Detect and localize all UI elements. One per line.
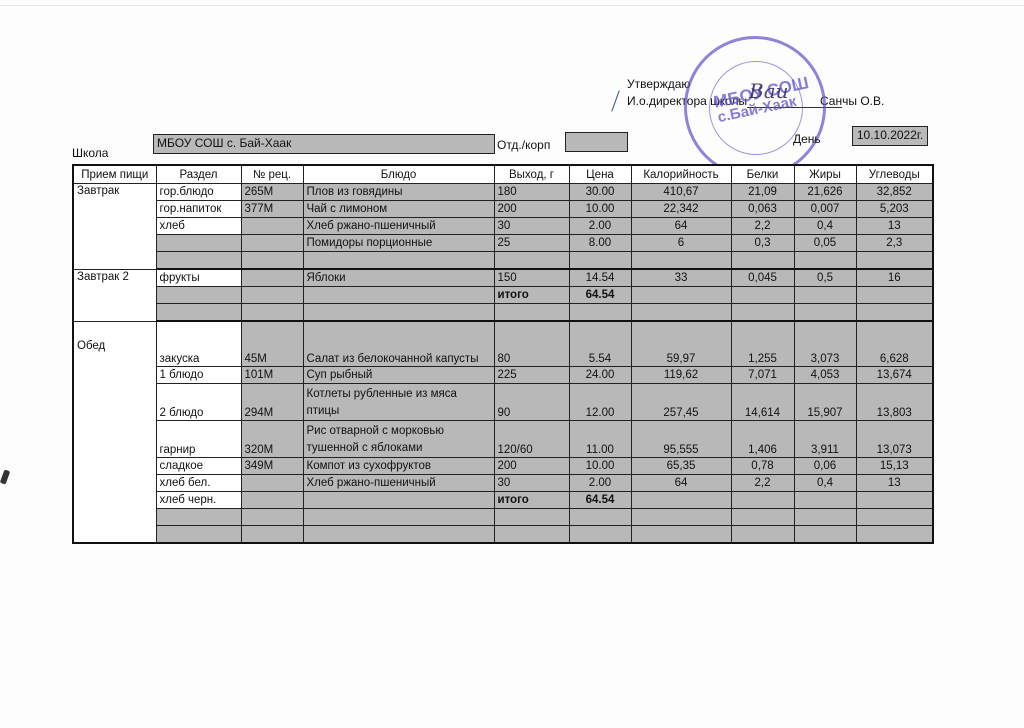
col-header-carbs: Углеводы: [856, 165, 933, 184]
yield-cell: 180: [494, 184, 569, 201]
protein-cell: 0,78: [731, 458, 794, 475]
kcal-cell: 257,45: [631, 384, 731, 421]
section-cell: [156, 526, 241, 544]
table-row: Завтракгор.блюдо265МПлов из говядины1803…: [73, 184, 933, 201]
col-header-fat: Жиры: [794, 165, 856, 184]
recipe-cell: [241, 269, 303, 287]
menu-table-body: Завтракгор.блюдо265МПлов из говядины1803…: [73, 184, 933, 544]
table-row: [73, 252, 933, 270]
section-cell: хлеб бел.: [156, 475, 241, 492]
carbs-cell: 2,3: [856, 235, 933, 252]
dish-cell: Яблоки: [303, 269, 494, 287]
carbs-cell: 16: [856, 269, 933, 287]
yield-cell: [494, 526, 569, 544]
dish-cell: [303, 304, 494, 322]
dish-cell: Салат из белокочанной капусты: [303, 321, 494, 367]
table-row: [73, 304, 933, 322]
fat-cell: 0,4: [794, 218, 856, 235]
yield-cell: итого: [494, 287, 569, 304]
price-cell: 12.00: [569, 384, 631, 421]
table-row: сладкое349МКомпот из сухофруктов20010.00…: [73, 458, 933, 475]
dish-cell: Хлеб ржано-пшеничный: [303, 475, 494, 492]
pen-stroke: [611, 90, 619, 111]
approval-block: Утверждаю И.о.директора школы Санчы О.В.: [627, 76, 747, 110]
price-cell: 24.00: [569, 367, 631, 384]
price-cell: 64.54: [569, 492, 631, 509]
protein-cell: [731, 252, 794, 270]
price-cell: 10.00: [569, 201, 631, 218]
recipe-cell: [241, 287, 303, 304]
table-row: Помидоры порционные258.0060,30,052,3: [73, 235, 933, 252]
kcal-cell: 95,555: [631, 421, 731, 458]
dish-cell: Плов из говядины: [303, 184, 494, 201]
yield-cell: итого: [494, 492, 569, 509]
dept-field[interactable]: [565, 132, 628, 152]
page-edge: [0, 5, 1024, 6]
fat-cell: 0,5: [794, 269, 856, 287]
col-header-price: Цена: [569, 165, 631, 184]
carbs-cell: [856, 492, 933, 509]
section-cell: хлеб черн.: [156, 492, 241, 509]
recipe-cell: [241, 526, 303, 544]
meal-cell: Завтрак: [73, 184, 156, 270]
carbs-cell: 15,13: [856, 458, 933, 475]
fat-cell: 3,073: [794, 321, 856, 367]
fat-cell: 0,05: [794, 235, 856, 252]
dish-cell: Компот из сухофруктов: [303, 458, 494, 475]
day-label: День: [793, 132, 821, 146]
dish-cell: [303, 252, 494, 270]
protein-cell: [731, 526, 794, 544]
dish-cell: [303, 492, 494, 509]
fat-cell: [794, 252, 856, 270]
fat-cell: [794, 287, 856, 304]
col-header-kcal: Калорийность: [631, 165, 731, 184]
approver-name: Санчы О.В.: [820, 93, 884, 110]
yield-cell: 90: [494, 384, 569, 421]
recipe-cell: [241, 235, 303, 252]
kcal-cell: [631, 252, 731, 270]
section-cell: [156, 287, 241, 304]
dish-cell: Чай с лимоном: [303, 201, 494, 218]
section-cell: сладкое: [156, 458, 241, 475]
section-cell: гор.блюдо: [156, 184, 241, 201]
school-field[interactable]: МБОУ СОШ с. Бай-Хаак: [153, 134, 495, 154]
price-cell: 64.54: [569, 287, 631, 304]
table-row: гор.напиток377МЧай с лимоном20010.0022,3…: [73, 201, 933, 218]
recipe-cell: [241, 475, 303, 492]
carbs-cell: 13,073: [856, 421, 933, 458]
col-header-meal: Прием пищи: [73, 165, 156, 184]
price-cell: 5.54: [569, 321, 631, 367]
recipe-cell: 349М: [241, 458, 303, 475]
recipe-cell: [241, 509, 303, 526]
signature: Bau: [749, 79, 789, 103]
carbs-cell: 13,674: [856, 367, 933, 384]
protein-cell: 7,071: [731, 367, 794, 384]
kcal-cell: 64: [631, 475, 731, 492]
protein-cell: 0,3: [731, 235, 794, 252]
carbs-cell: 6,628: [856, 321, 933, 367]
protein-cell: 14,614: [731, 384, 794, 421]
yield-cell: 200: [494, 201, 569, 218]
carbs-cell: 13: [856, 218, 933, 235]
recipe-cell: [241, 252, 303, 270]
protein-cell: [731, 509, 794, 526]
fat-cell: 15,907: [794, 384, 856, 421]
table-row: хлеб черн.итого64.54: [73, 492, 933, 509]
price-cell: 11.00: [569, 421, 631, 458]
carbs-cell: [856, 509, 933, 526]
table-row: хлебХлеб ржано-пшеничный302.00642,20,413: [73, 218, 933, 235]
school-label: Школа: [72, 146, 108, 160]
kcal-cell: [631, 287, 731, 304]
protein-cell: [731, 492, 794, 509]
kcal-cell: [631, 509, 731, 526]
price-cell: 2.00: [569, 218, 631, 235]
recipe-cell: 294М: [241, 384, 303, 421]
protein-cell: 0,063: [731, 201, 794, 218]
kcal-cell: 64: [631, 218, 731, 235]
yield-cell: [494, 509, 569, 526]
section-cell: 2 блюдо: [156, 384, 241, 421]
price-cell: [569, 526, 631, 544]
fat-cell: 0,4: [794, 475, 856, 492]
dish-cell: Рис отварной с морковью тушенной с яблок…: [303, 421, 494, 458]
yield-cell: 25: [494, 235, 569, 252]
protein-cell: [731, 304, 794, 322]
yield-cell: 30: [494, 218, 569, 235]
fat-cell: [794, 526, 856, 544]
protein-cell: 21,09: [731, 184, 794, 201]
price-cell: 14.54: [569, 269, 631, 287]
dish-cell: Хлеб ржано-пшеничный: [303, 218, 494, 235]
dish-cell: [303, 509, 494, 526]
price-cell: 10.00: [569, 458, 631, 475]
dept-label: Отд./корп: [497, 138, 550, 152]
table-row: гарнир320МРис отварной с морковью тушенн…: [73, 421, 933, 458]
meal-cell: Завтрак 2: [73, 269, 156, 321]
col-header-dish: Блюдо: [303, 165, 494, 184]
col-header-section: Раздел: [156, 165, 241, 184]
kcal-cell: 59,97: [631, 321, 731, 367]
yield-cell: [494, 252, 569, 270]
price-cell: [569, 304, 631, 322]
price-cell: [569, 252, 631, 270]
section-cell: [156, 235, 241, 252]
table-row: Обедзакуска45МСалат из белокочанной капу…: [73, 321, 933, 367]
carbs-cell: 5,203: [856, 201, 933, 218]
section-cell: [156, 304, 241, 322]
kcal-cell: 33: [631, 269, 731, 287]
table-row: хлеб бел.Хлеб ржано-пшеничный302.00642,2…: [73, 475, 933, 492]
scan-mark: [0, 469, 10, 484]
protein-cell: 2,2: [731, 218, 794, 235]
dish-cell: [303, 526, 494, 544]
kcal-cell: 22,342: [631, 201, 731, 218]
kcal-cell: 65,35: [631, 458, 731, 475]
table-row: 2 блюдо294МКотлеты рубленные из мяса пти…: [73, 384, 933, 421]
dish-cell: [303, 287, 494, 304]
approval-title: Утверждаю: [627, 76, 747, 93]
table-header-row: Прием пищи Раздел № рец. Блюдо Выход, г …: [73, 165, 933, 184]
yield-cell: 200: [494, 458, 569, 475]
section-cell: закуска: [156, 321, 241, 367]
approval-position: И.о.директора школы: [627, 93, 747, 110]
protein-cell: 1,406: [731, 421, 794, 458]
col-header-recipe: № рец.: [241, 165, 303, 184]
section-cell: [156, 509, 241, 526]
yield-cell: 150: [494, 269, 569, 287]
price-cell: 30.00: [569, 184, 631, 201]
fat-cell: 3,911: [794, 421, 856, 458]
meal-cell: Обед: [73, 321, 156, 543]
protein-cell: [731, 287, 794, 304]
carbs-cell: [856, 287, 933, 304]
recipe-cell: [241, 218, 303, 235]
table-row: итого64.54: [73, 287, 933, 304]
carbs-cell: [856, 252, 933, 270]
recipe-cell: 265М: [241, 184, 303, 201]
fat-cell: 21,626: [794, 184, 856, 201]
recipe-cell: 320М: [241, 421, 303, 458]
menu-table: Прием пищи Раздел № рец. Блюдо Выход, г …: [72, 164, 934, 544]
kcal-cell: [631, 304, 731, 322]
yield-cell: 30: [494, 475, 569, 492]
yield-cell: 80: [494, 321, 569, 367]
carbs-cell: 13,803: [856, 384, 933, 421]
recipe-cell: [241, 492, 303, 509]
dish-cell: Суп рыбный: [303, 367, 494, 384]
table-row: [73, 526, 933, 544]
table-row: Завтрак 2фруктыЯблоки15014.54330,0450,51…: [73, 269, 933, 287]
recipe-cell: [241, 304, 303, 322]
col-header-yield: Выход, г: [494, 165, 569, 184]
kcal-cell: [631, 492, 731, 509]
carbs-cell: 13: [856, 475, 933, 492]
col-header-protein: Белки: [731, 165, 794, 184]
dish-cell: Помидоры порционные: [303, 235, 494, 252]
carbs-cell: [856, 526, 933, 544]
kcal-cell: 119,62: [631, 367, 731, 384]
carbs-cell: [856, 304, 933, 322]
fat-cell: [794, 304, 856, 322]
recipe-cell: 377М: [241, 201, 303, 218]
carbs-cell: 32,852: [856, 184, 933, 201]
section-cell: гарнир: [156, 421, 241, 458]
protein-cell: 2,2: [731, 475, 794, 492]
recipe-cell: 45М: [241, 321, 303, 367]
section-cell: [156, 252, 241, 270]
kcal-cell: 410,67: [631, 184, 731, 201]
fat-cell: 0,007: [794, 201, 856, 218]
protein-cell: 1,255: [731, 321, 794, 367]
kcal-cell: 6: [631, 235, 731, 252]
yield-cell: 120/60: [494, 421, 569, 458]
table-row: 1 блюдо101МСуп рыбный22524.00119,627,071…: [73, 367, 933, 384]
protein-cell: 0,045: [731, 269, 794, 287]
day-field[interactable]: 10.10.2022г.: [852, 126, 928, 146]
recipe-cell: 101М: [241, 367, 303, 384]
section-cell: 1 блюдо: [156, 367, 241, 384]
fat-cell: [794, 509, 856, 526]
kcal-cell: [631, 526, 731, 544]
section-cell: гор.напиток: [156, 201, 241, 218]
fat-cell: 4,053: [794, 367, 856, 384]
fat-cell: [794, 492, 856, 509]
dish-cell: Котлеты рубленные из мяса птицы: [303, 384, 494, 421]
fat-cell: 0,06: [794, 458, 856, 475]
section-cell: хлеб: [156, 218, 241, 235]
price-cell: [569, 509, 631, 526]
price-cell: 8.00: [569, 235, 631, 252]
table-row: [73, 509, 933, 526]
yield-cell: [494, 304, 569, 322]
section-cell: фрукты: [156, 269, 241, 287]
price-cell: 2.00: [569, 475, 631, 492]
yield-cell: 225: [494, 367, 569, 384]
